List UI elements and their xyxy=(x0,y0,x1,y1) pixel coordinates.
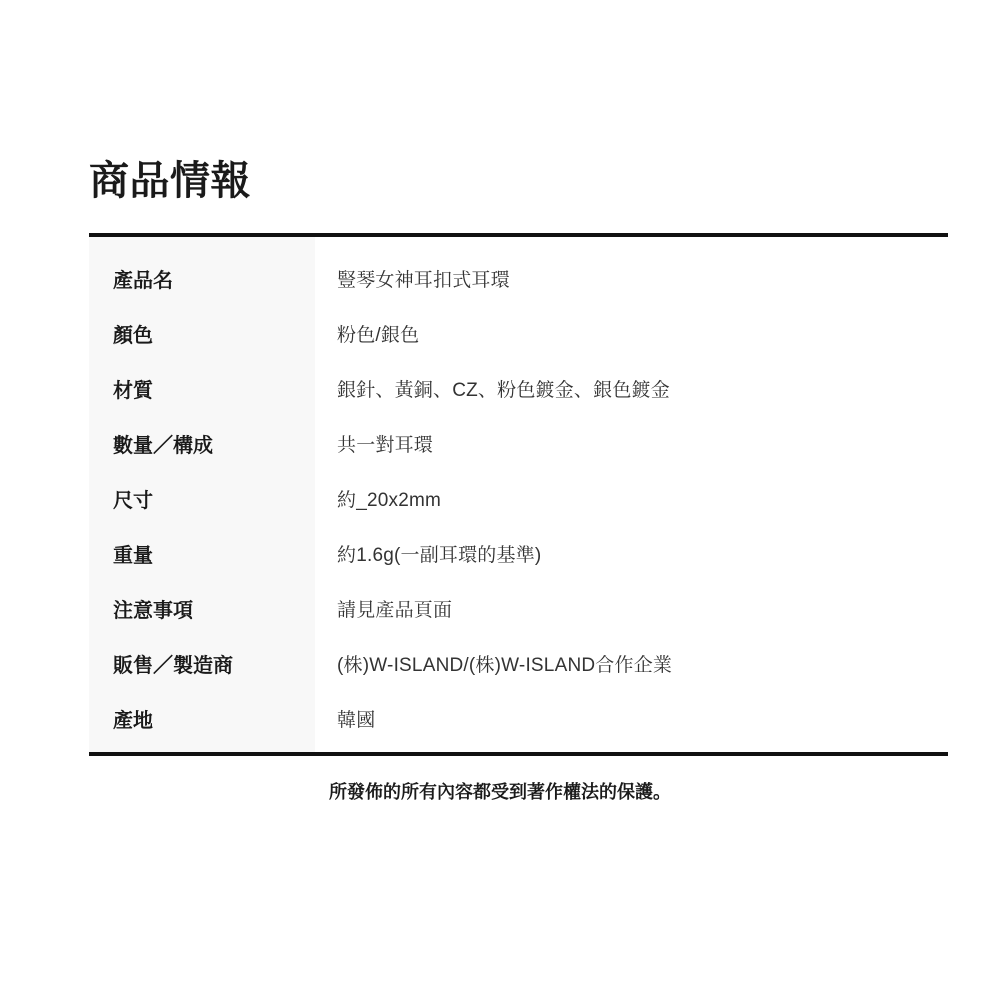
table-row: 產品名 豎琴女神耳扣式耳環 xyxy=(89,251,948,306)
row-value: 約1.6g(一副耳環的基準) xyxy=(315,540,948,567)
table-row: 注意事項 請見產品頁面 xyxy=(89,581,948,636)
row-value: 約_20x2mm xyxy=(315,485,948,512)
page-title: 商品情報 xyxy=(89,160,1000,202)
product-info-page: 商品情報 產品名 豎琴女神耳扣式耳環 顏色 粉色/銀色 材質 銀針、黃銅、CZ、… xyxy=(0,0,1000,1000)
row-value: 豎琴女神耳扣式耳環 xyxy=(315,265,948,292)
row-value: 請見產品頁面 xyxy=(315,595,948,622)
row-label: 重量 xyxy=(89,539,315,568)
table-row: 數量／構成 共一對耳環 xyxy=(89,416,948,471)
row-label: 注意事項 xyxy=(89,594,315,623)
row-value: 韓國 xyxy=(315,705,948,732)
row-value: 共一對耳環 xyxy=(315,430,948,457)
row-label: 產品名 xyxy=(89,264,315,293)
table-row: 顏色 粉色/銀色 xyxy=(89,306,948,361)
row-label: 數量／構成 xyxy=(89,429,315,458)
table-row: 尺寸 約_20x2mm xyxy=(89,471,948,526)
table-row: 重量 約1.6g(一副耳環的基準) xyxy=(89,526,948,581)
row-label: 尺寸 xyxy=(89,484,315,513)
table-row: 販售／製造商 (株)W-ISLAND/(株)W-ISLAND合作企業 xyxy=(89,636,948,691)
table-row: 材質 銀針、黃銅、CZ、粉色鍍金、銀色鍍金 xyxy=(89,361,948,416)
row-label: 產地 xyxy=(89,704,315,733)
copyright-notice: 所發佈的所有內容都受到著作權法的保護。 xyxy=(0,778,1000,804)
table-row: 產地 韓國 xyxy=(89,691,948,746)
row-label: 顏色 xyxy=(89,319,315,348)
product-info-table: 產品名 豎琴女神耳扣式耳環 顏色 粉色/銀色 材質 銀針、黃銅、CZ、粉色鍍金、… xyxy=(89,233,948,756)
row-value: 粉色/銀色 xyxy=(315,320,948,347)
row-label: 販售／製造商 xyxy=(89,649,315,678)
row-label: 材質 xyxy=(89,374,315,403)
row-value: 銀針、黃銅、CZ、粉色鍍金、銀色鍍金 xyxy=(315,375,948,402)
row-value: (株)W-ISLAND/(株)W-ISLAND合作企業 xyxy=(315,650,948,677)
